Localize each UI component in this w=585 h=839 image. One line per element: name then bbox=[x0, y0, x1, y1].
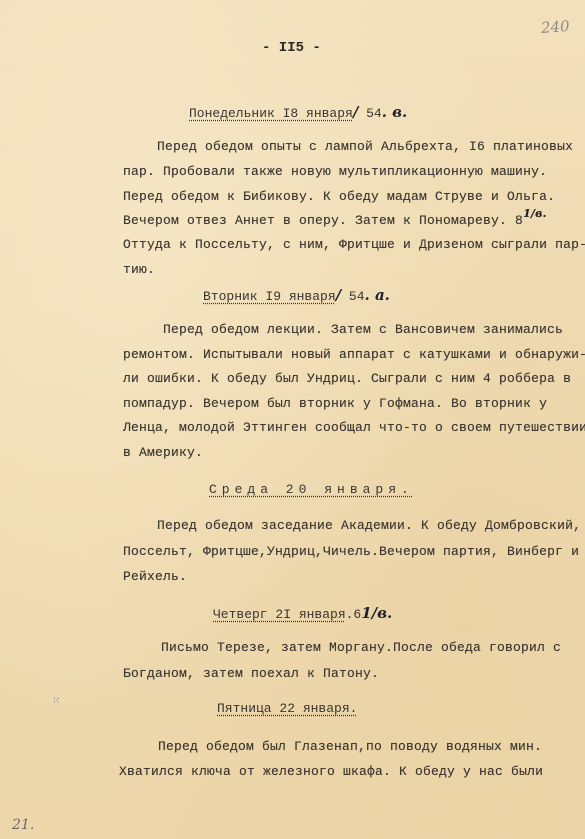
heading-year: 54 bbox=[341, 289, 364, 304]
heading-date: Пятница 22 января. bbox=[217, 701, 357, 716]
entry-line: Перед обедом заседание Академии. К обеду… bbox=[157, 518, 581, 533]
entry-line: Рейхель. bbox=[123, 569, 187, 584]
entry-line: Ленца, молодой Эттинген сообщал что-то о… bbox=[123, 420, 585, 435]
entry-line: Богданом, затем поехал к Патону. bbox=[123, 666, 379, 681]
margin-handwritten-number: 21. bbox=[12, 817, 34, 833]
entry-heading-tuesday: Вторник I9 января/ 54. а. bbox=[203, 286, 390, 304]
entry-heading-thursday: Четверг 2I января.61/в. bbox=[213, 604, 392, 622]
entry-heading-friday: Пятница 22 января. bbox=[217, 701, 357, 716]
punch-hole-mark: ⁙ bbox=[52, 696, 66, 710]
heading-date: Четверг 2I января bbox=[213, 607, 346, 622]
entry-line: Оттуда к Посcельту, с ним, Фритцше и Дри… bbox=[123, 237, 585, 252]
entry-heading-wednesday: Среда 20 января. bbox=[209, 482, 414, 497]
entry-line: Перед обедом к Бибикову. К обеду мадам С… bbox=[123, 189, 555, 204]
entry-line: пар. Пробовали также новую мультипликаци… bbox=[123, 164, 547, 179]
document-page: 240 - II5 - Понедельник I8 января/ 54. в… bbox=[0, 0, 585, 839]
entry-line: Поссельт, Фритцше,Ундриц,Чичель.Вечером … bbox=[123, 544, 579, 559]
entry-line: ли ошибки. К обеду был Ундриц. Сыграли с… bbox=[123, 371, 571, 386]
entry-heading-monday: Понедельник I8 января/ 54. в. bbox=[189, 103, 407, 121]
entry-line-text: Вечером отвез Аннет в оперу. Затем к Пон… bbox=[123, 213, 523, 228]
entry-line: помпадур. Вечером был вторник у Гофмана.… bbox=[123, 396, 547, 411]
archive-folio-number: 240 bbox=[540, 17, 570, 37]
entry-line: Хватился ключа от железного шкафа. К обе… bbox=[119, 764, 543, 779]
entry-line: в Америку. bbox=[123, 445, 203, 460]
entry-line: Перед обедом был Глазенап,по поводу водя… bbox=[158, 739, 542, 754]
entry-line: Письмо Терезе, затем Моргану.После обеда… bbox=[161, 640, 561, 655]
entry-line: тию. bbox=[123, 262, 155, 277]
handwritten-style-note: 1/в. bbox=[523, 207, 547, 220]
handwritten-style-note: . в. bbox=[382, 103, 408, 121]
handwritten-style-note: . а. bbox=[365, 286, 390, 304]
handwritten-style-note: 1/в. bbox=[361, 604, 392, 622]
entry-line: Перед обедом лекции. Затем с Вансовичем … bbox=[163, 322, 563, 337]
entry-line: Перед обедом опыты с лампой Альбрехта, I… bbox=[157, 139, 573, 154]
page-number: - II5 - bbox=[262, 40, 321, 56]
entry-line: Вечером отвез Аннет в оперу. Затем к Пон… bbox=[123, 213, 547, 228]
heading-date: Понедельник I8 января bbox=[189, 106, 353, 121]
heading-time: .6 bbox=[346, 607, 362, 622]
entry-line: ремонтом. Испытывали новый аппарат с кат… bbox=[123, 347, 585, 362]
heading-date: Вторник I9 января bbox=[203, 289, 336, 304]
heading-date: Среда 20 января. bbox=[209, 482, 414, 497]
heading-year: 54 bbox=[358, 106, 381, 121]
